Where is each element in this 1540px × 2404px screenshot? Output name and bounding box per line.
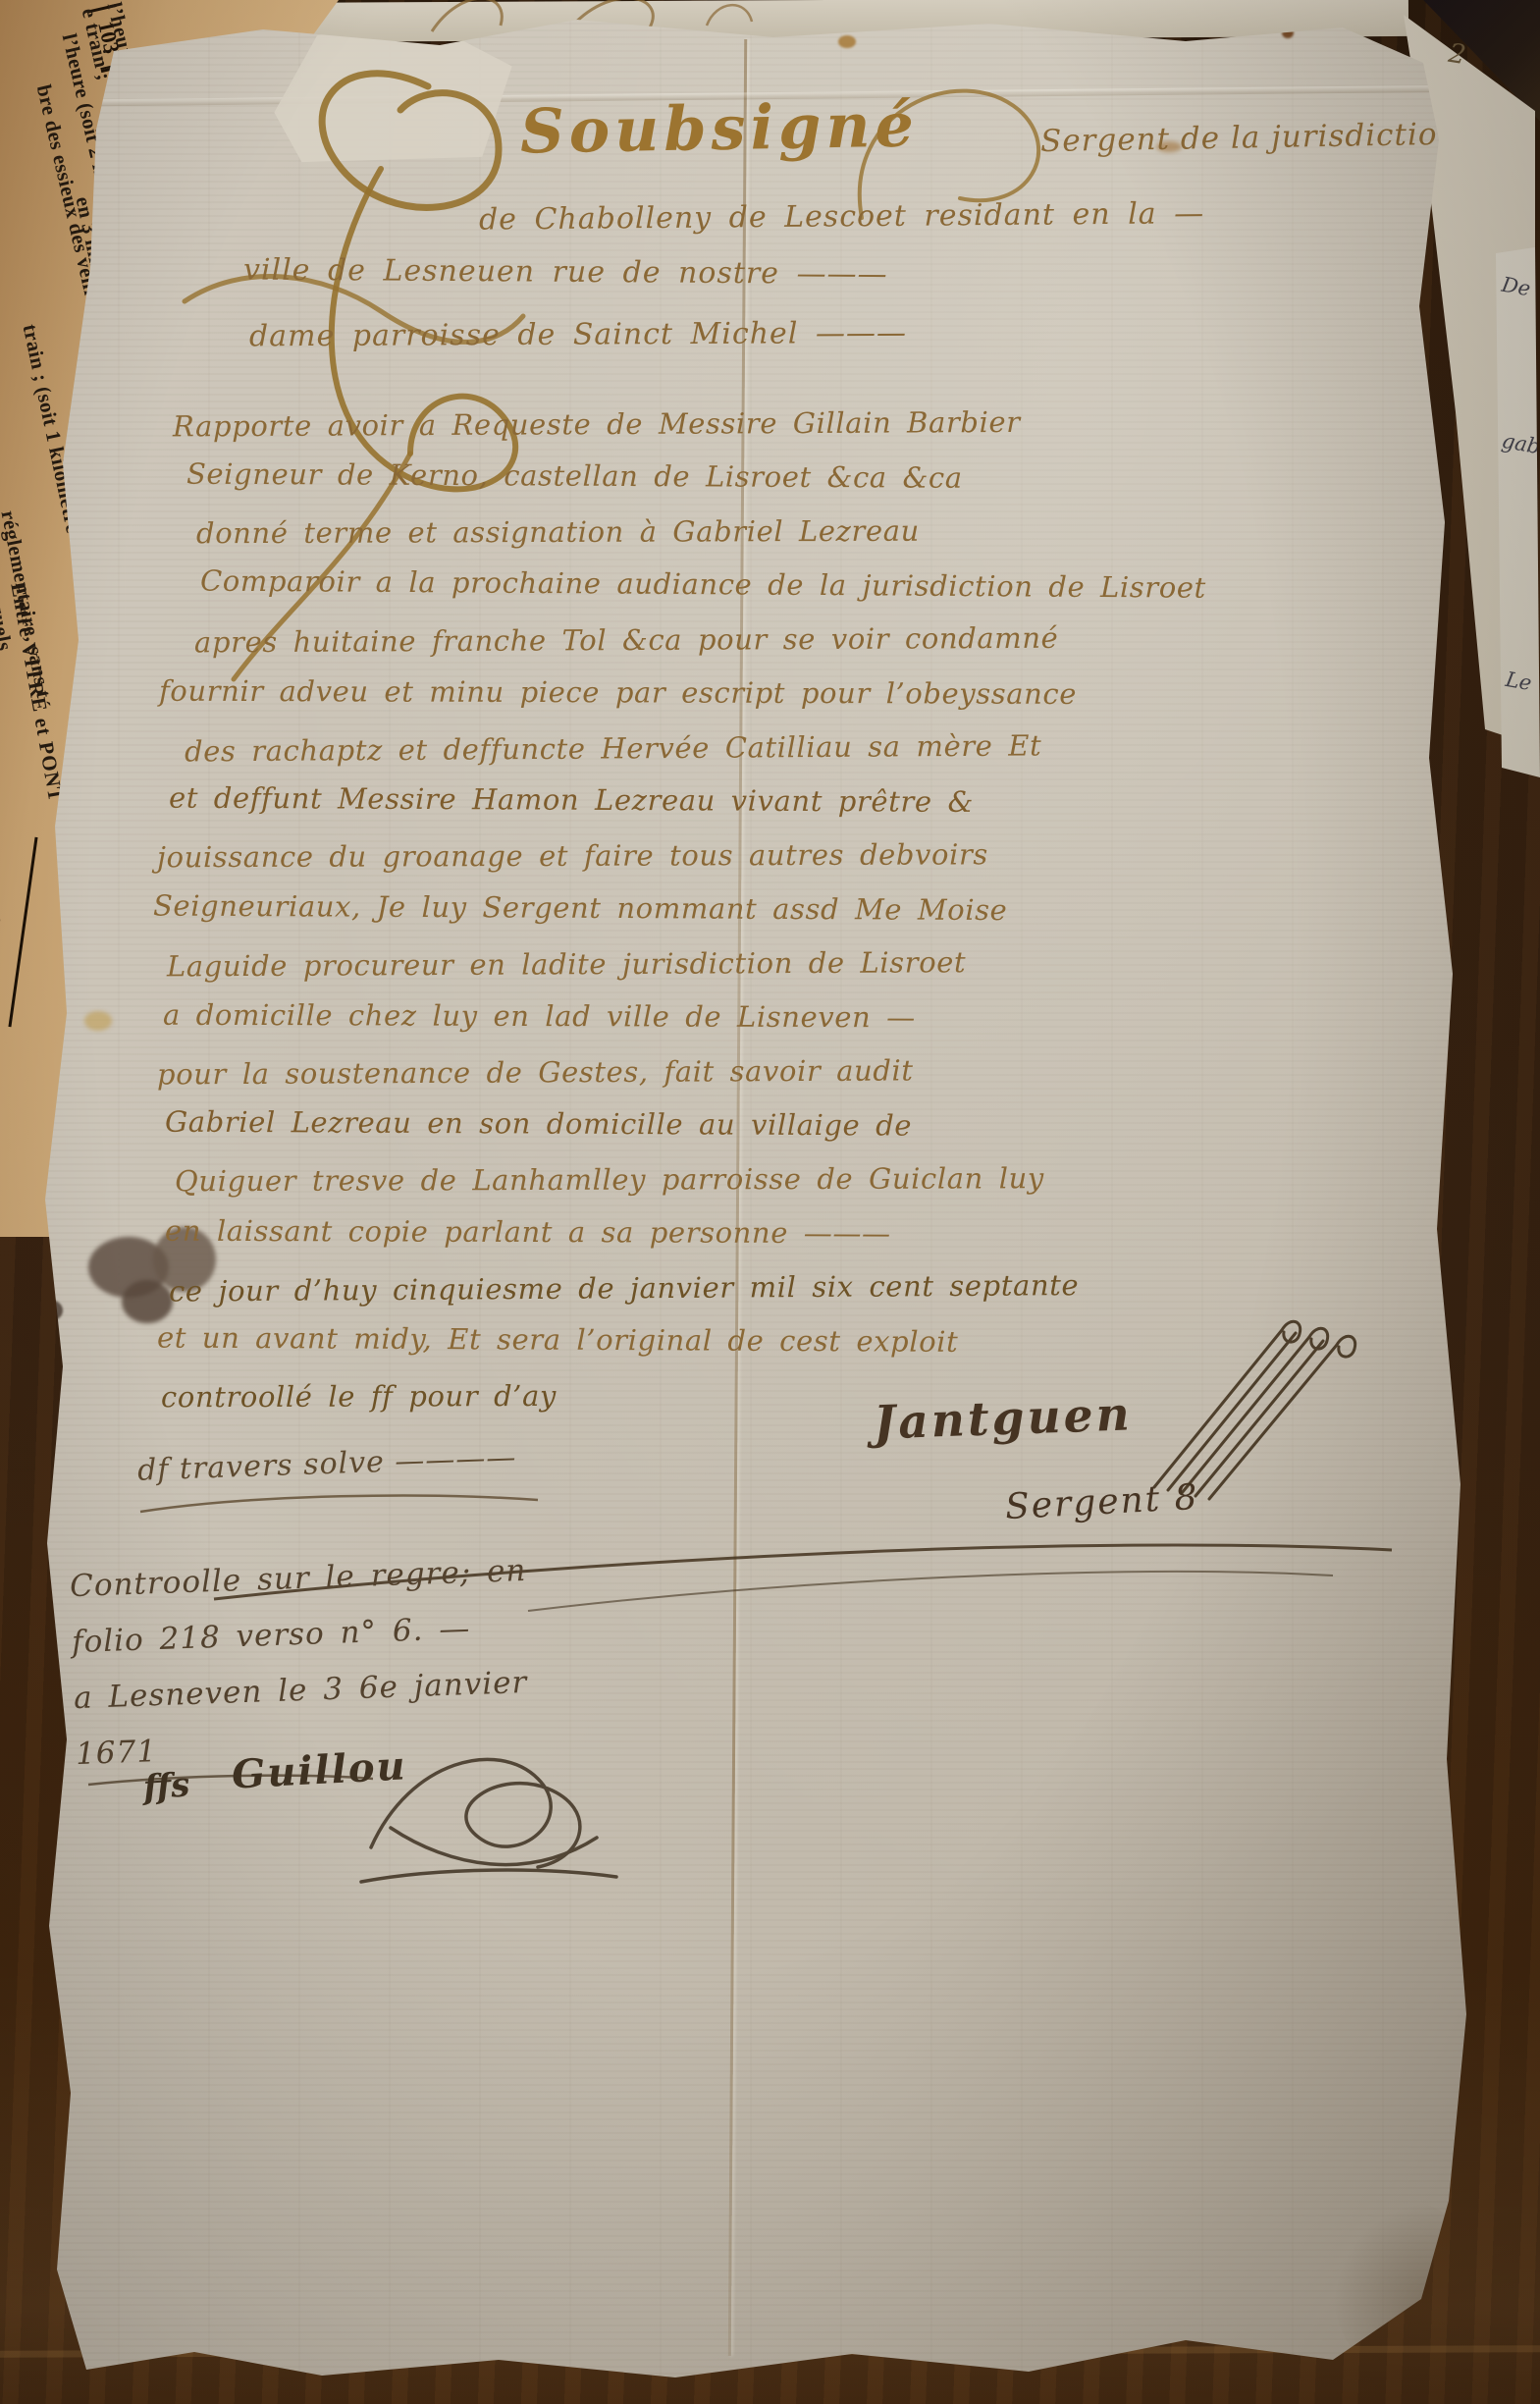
- slip-handwriting-fragment: De: [1500, 273, 1532, 301]
- manuscript-line: des rachaptz et deffuncte Hervée Catilli…: [185, 717, 1449, 779]
- manuscript-line: Comparoir a la prochaine audiance de la …: [200, 555, 1449, 617]
- manuscript-line: Seigneuriaux, Je luy Sergent nommant ass…: [153, 880, 1449, 940]
- control-paraph-mark: ffs: [142, 1765, 191, 1807]
- manuscript-line: jouissance du groanage et faire tous aut…: [157, 827, 1449, 885]
- slip-handwriting-fragment: gab: [1500, 429, 1540, 458]
- heading-continuation: Sergent de la jurisdiction —: [1040, 116, 1501, 159]
- foxing-spot: [84, 1011, 112, 1031]
- manuscript-line: ville de Lesneuen rue de nostre ———: [243, 241, 1508, 309]
- manuscript-line: de Chabolleny de Lescoet residant en la …: [479, 182, 1508, 249]
- manuscript-line: Quiguer tresve de Lanhamlley parroisse d…: [175, 1150, 1449, 1209]
- manuscript-line: fournir adveu et minu piece par escript …: [159, 665, 1449, 723]
- note-underline-flourish: [135, 1482, 548, 1522]
- body-text: Rapporte avoir a Requeste de Messire Gil…: [153, 397, 1449, 1422]
- printed-text-fragment: sans toutes: [0, 823, 10, 926]
- manuscript-line: Gabriel Lezreau en son domicille au vill…: [165, 1095, 1449, 1156]
- manuscript-line: a domicille chez luy en lad ville de Lis…: [163, 988, 1449, 1047]
- sergeant-signature: Jantguen: [873, 1387, 1133, 1450]
- photo-scene: DegabLe 2 10330 t, en case train ;l’heur…: [0, 0, 1540, 2404]
- manuscript-line: Seigneur de Kerno, castellan de Lisroet …: [186, 448, 1449, 508]
- printed-table-rule: [8, 837, 37, 1028]
- controller-signature-swirl: [351, 1720, 626, 1896]
- manuscript-line: donné terme et assignation à Gabriel Lez…: [196, 503, 1449, 561]
- manuscript-line: pour la soustenance de Gestes, fait savo…: [157, 1042, 1449, 1102]
- heading-word: Soubsigné: [519, 88, 919, 167]
- signature-paraph: [1135, 1306, 1351, 1502]
- slip-handwriting-fragment: Le: [1504, 668, 1533, 695]
- manuscript-sheet: Soubsigné Sergent de la jurisdiction — d…: [27, 12, 1523, 2395]
- manuscript-line: apres huitaine franche Tol &ca pour se v…: [194, 610, 1449, 670]
- manuscript-line: dame parroisse de Sainct Michel ———: [249, 301, 1508, 367]
- paper-slip-right: DegabLe: [1496, 247, 1540, 777]
- manuscript-line: Rapporte avoir a Requeste de Messire Gil…: [173, 394, 1449, 454]
- marginal-note: df travers solve ————: [137, 1440, 517, 1487]
- manuscript-line: et deffunt Messire Hamon Lezreau vivant …: [169, 772, 1449, 832]
- header-lines: de Chabolleny de Lescoet residant en la …: [232, 187, 1508, 363]
- manuscript-line: Laguide procureur en ladite jurisdiction…: [167, 934, 1449, 994]
- manuscript-line: en laissant copie parlant a sa personne …: [165, 1204, 1449, 1263]
